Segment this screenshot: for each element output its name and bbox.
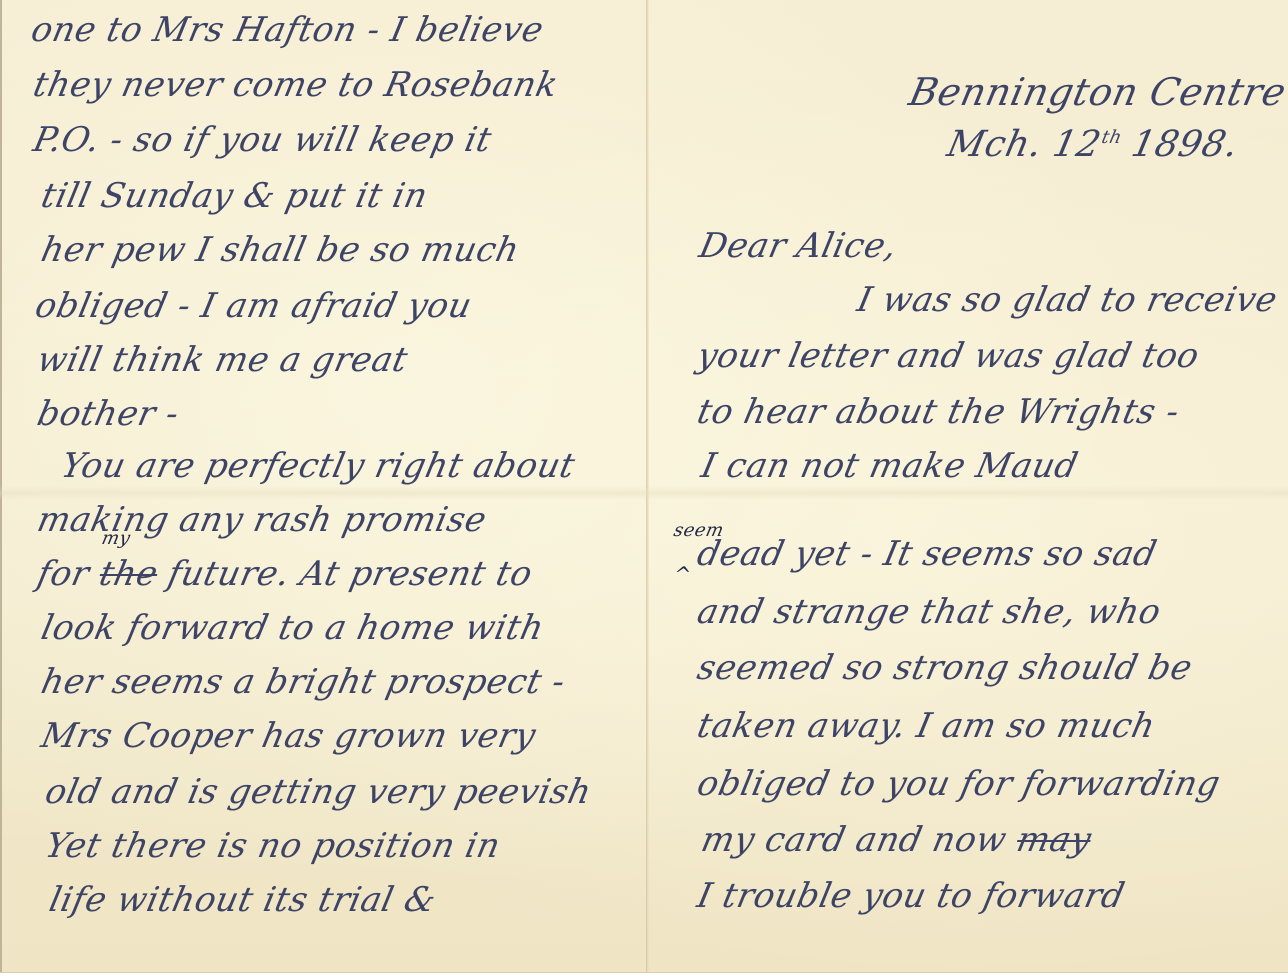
struck-word-the: the	[96, 554, 162, 594]
right-line-7: seemed so strong should be	[694, 648, 1196, 688]
letter-place: Bennington Centre	[905, 70, 1288, 114]
left-line-4: till Sunday & put it in	[38, 176, 432, 216]
left-line-16: Yet there is no position in	[42, 826, 504, 866]
date-month-day: Mch. 12	[944, 124, 1105, 165]
right-line-5: dead yet - It seems so sad	[694, 534, 1161, 574]
left-line-7: will think me a great	[34, 340, 412, 380]
right-line-1: I was so glad to receive	[854, 280, 1281, 320]
left-line-9: You are perfectly right about	[58, 446, 579, 486]
letter-scan: one to Mrs Hafton - I believe they never…	[0, 0, 1288, 979]
date-suffix: th	[1100, 127, 1124, 148]
right-line-10: my card and now may	[698, 820, 1095, 860]
left-line-3: P.O. - so if you will keep it	[30, 120, 495, 160]
insertion-my: my	[100, 528, 133, 549]
left-line-12: look forward to a home with	[38, 608, 548, 648]
left-line-14: Mrs Cooper has grown very	[38, 716, 540, 756]
letter-date: Mch. 12th 1898.	[944, 124, 1242, 165]
left-line-13: her seems a bright prospect -	[38, 662, 569, 702]
left-line-11-rest: future. At present to	[164, 554, 536, 594]
right-line-11: I trouble you to forward	[694, 876, 1129, 916]
right-line-3: to hear about the Wrights -	[694, 392, 1183, 432]
salutation: Dear Alice,	[696, 226, 901, 266]
word-for: for	[34, 554, 93, 594]
left-line-1: one to Mrs Hafton - I believe	[28, 10, 548, 50]
right-line-6: and strange that she, who	[694, 592, 1165, 632]
left-line-6: obliged - I am afraid you	[32, 286, 476, 326]
left-line-11: for the future. At present to	[34, 554, 536, 594]
scan-bottom-edge	[0, 972, 1288, 979]
right-line-4: I can not make Maud	[698, 446, 1082, 486]
right-line-10-text: my card and now	[698, 820, 1011, 860]
date-year: 1898.	[1128, 124, 1242, 165]
right-line-2: your letter and was glad too	[694, 336, 1203, 376]
right-line-9: obliged to you for forwarding	[694, 764, 1224, 804]
struck-word-may: may	[1013, 820, 1095, 860]
left-line-5: her pew I shall be so much	[38, 230, 523, 270]
right-page: Bennington Centre Mch. 12th 1898. Dear A…	[648, 0, 1288, 972]
left-line-8: bother -	[34, 394, 183, 434]
left-line-15: old and is getting very peevish	[42, 772, 595, 812]
right-line-8: taken away. I am so much	[694, 706, 1159, 746]
insertion-caret: ^	[671, 562, 693, 586]
left-line-2: they never come to Rosebank	[30, 65, 562, 105]
left-line-17: life without its trial &	[46, 880, 440, 920]
